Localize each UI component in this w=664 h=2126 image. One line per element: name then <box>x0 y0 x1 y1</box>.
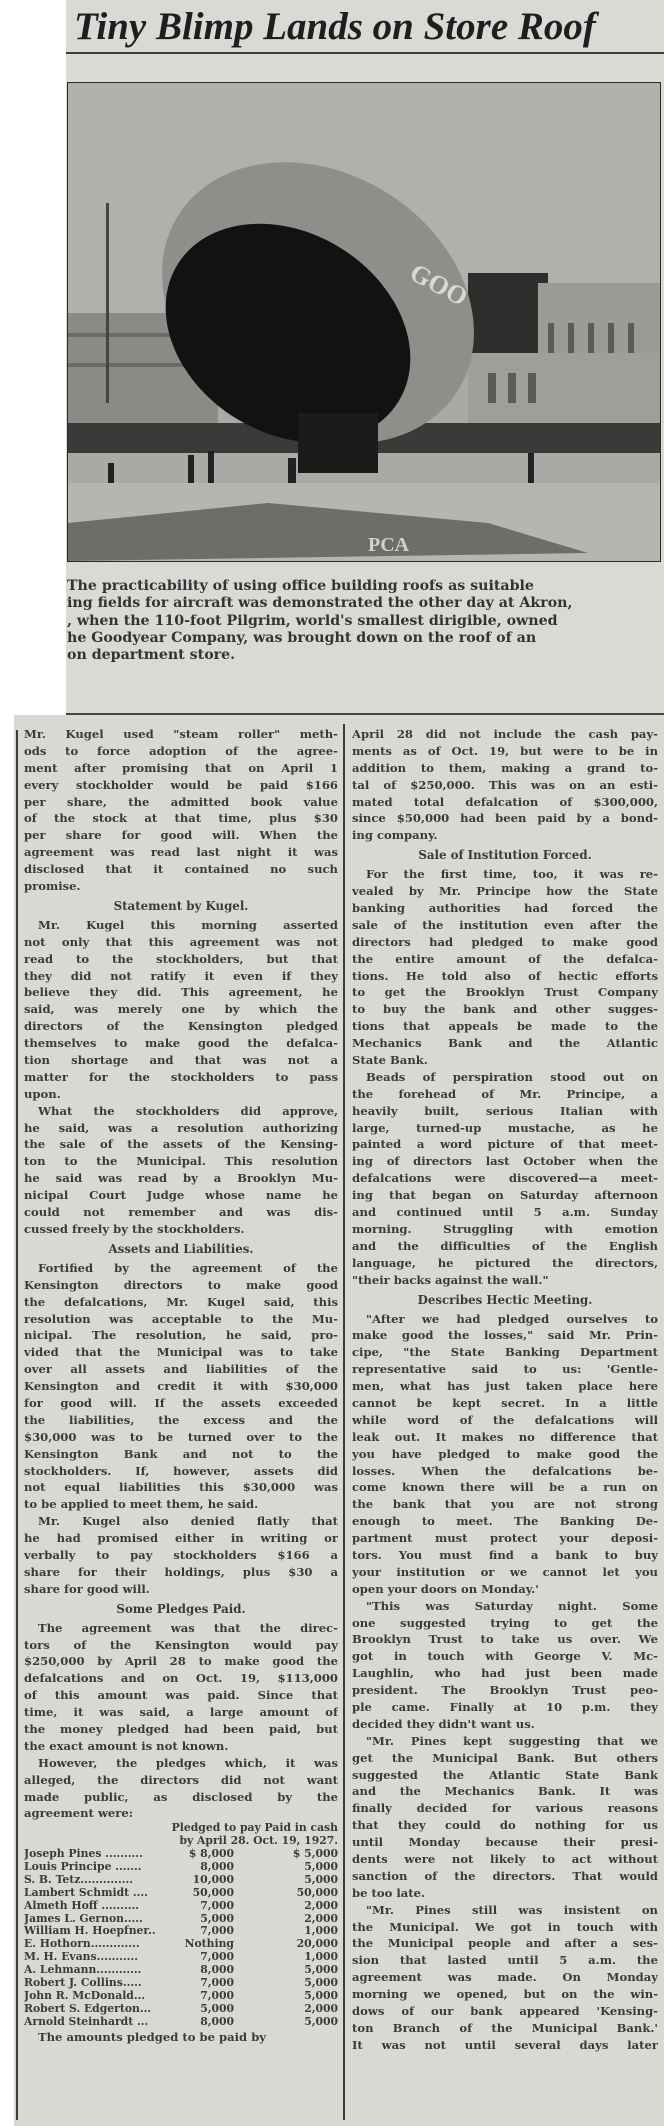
table-row: M. H. Evans...........7,0001,000 <box>24 1951 338 1964</box>
svg-text:PCA: PCA <box>368 534 410 556</box>
pledger-name: Arnold Steinhardt ... <box>24 2016 164 2029</box>
caption-line: , when the 110-foot Pilgrim, world's sma… <box>67 613 664 630</box>
text-line: read to the stockholders, but that <box>24 951 338 968</box>
text-line: Kensington directors to make good <box>24 1277 338 1294</box>
text-line: ing of directors last October when the <box>352 1153 658 1170</box>
caption-line: ing fields for aircraft was demonstrated… <box>67 595 664 612</box>
text-line: men, what has just taken place here <box>352 1378 658 1395</box>
text-line: defalcations were discovered—a meet- <box>352 1170 658 1187</box>
text-line: agreement was read last night it was <box>24 844 338 861</box>
text-line: he said, was a resolution authorizing <box>24 1120 338 1137</box>
pledges-table-body: Joseph Pines ..........$ 8,000$ 5,000Lou… <box>24 1848 338 2028</box>
text-line: "This was Saturday night. Some <box>352 1598 658 1615</box>
pledged-amount: 7,000 <box>164 1977 234 1990</box>
text-line: morning we opened, but on the win- <box>352 1986 658 2003</box>
text-line: they did not ratify it even if they <box>24 968 338 985</box>
text-line: Beads of perspiration stood out on <box>352 1069 658 1086</box>
text-line: while word of the defalcations will <box>352 1412 658 1429</box>
text-line: dents were not likely to act without <box>352 1851 658 1868</box>
text-line: Mr. Kugel this morning asserted <box>24 917 338 934</box>
table-row: John R. McDonald...7,0005,000 <box>24 1990 338 2003</box>
text-line: Fortified by the agreement of the <box>24 1260 338 1277</box>
text-line: until Monday because their presi- <box>352 1834 658 1851</box>
subheading-some-pledges-paid: Some Pledges Paid. <box>24 1600 338 1618</box>
text-line: the money pledged had been paid, but <box>24 1721 338 1738</box>
text-line: partment must protect your deposi- <box>352 1530 658 1547</box>
pledger-name: William H. Hoepfner.. <box>24 1925 164 1938</box>
text-line: the exact amount is not known. <box>24 1738 338 1755</box>
text-line: nicipal Court Judge whose name he <box>24 1187 338 1204</box>
middle-column-rule <box>343 724 345 2120</box>
text-line: directors of the Kensington pledged <box>24 1018 338 1035</box>
text-line: cipe, "the State Banking Department <box>352 1344 658 1361</box>
text-line: The amounts pledged to be paid by <box>24 2029 338 2046</box>
text-line: directors had pledged to make good <box>352 934 658 951</box>
pledger-name: A. Lehmann............ <box>24 1964 164 1977</box>
text-line: to buy the bank and other sugges- <box>352 1001 658 1018</box>
table-row: S. B. Tetz..............10,0005,000 <box>24 1874 338 1887</box>
text-line: to be applied to meet them, he said. <box>24 1496 338 1513</box>
text-line: dows of our bank appeared 'Kensing- <box>352 2003 658 2020</box>
text-line: Mr. Kugel used "steam roller" meth- <box>24 726 338 743</box>
text-line: the defalcations, Mr. Kugel said, this <box>24 1294 338 1311</box>
text-line: every stockholder would be paid $166 <box>24 777 338 794</box>
text-line: sion that lasted until 5 a.m. the <box>352 1952 658 1969</box>
text-line: suggested the Atlantic State Bank <box>352 1767 658 1784</box>
text-line: mated total defalcation of $300,000, <box>352 794 658 811</box>
text-line: per share for good will. When the <box>24 827 338 844</box>
text-line: the bank that you are not strong <box>352 1496 658 1513</box>
paid-amount: 5,000 <box>234 1977 338 1990</box>
text-line: The agreement was that the direc- <box>24 1620 338 1637</box>
text-line: promise. <box>24 878 338 895</box>
paid-amount: 5,000 <box>234 2016 338 2029</box>
text-line: said, was merely one by which the <box>24 1001 338 1018</box>
text-line: addition to them, making a grand to- <box>352 760 658 777</box>
headline: Tiny Blimp Lands on Store Roof <box>74 4 664 49</box>
text-line: leak out. It makes no difference that <box>352 1429 658 1446</box>
text-line: ple came. Finally at 10 p.m. they <box>352 1699 658 1716</box>
paid-amount: 2,000 <box>234 1900 338 1913</box>
subheading-assets-and-liabilities: Assets and Liabilities. <box>24 1240 338 1258</box>
blimp-photo: GOO PCA <box>67 82 661 562</box>
pledges-table: Pledged to pay Paid in cash by April 28.… <box>24 1822 338 2028</box>
pledger-name: Joseph Pines .......... <box>24 1848 164 1861</box>
text-line: ton to the Municipal. This resolution <box>24 1153 338 1170</box>
text-line: tions that appeals be made to the <box>352 1018 658 1035</box>
text-line: come known there will be a run on <box>352 1479 658 1496</box>
pledged-amount: 7,000 <box>164 1990 234 2003</box>
paid-amount: 2,000 <box>234 2003 338 2016</box>
pledges-table-header: by April 28. Oct. 19, 1927. <box>24 1835 338 1848</box>
text-line: make good the losses," said Mr. Prin- <box>352 1327 658 1344</box>
text-line: ing company. <box>352 827 658 844</box>
paid-amount: 5,000 <box>234 1990 338 2003</box>
text-line: be too late. <box>352 1885 658 1902</box>
text-line: It was not until several days later <box>352 2037 658 2054</box>
text-line: of this amount was paid. Since that <box>24 1687 338 1704</box>
text-line: "their backs against the wall." <box>352 1272 658 1289</box>
text-line: your institution or we cannot let you <box>352 1564 658 1581</box>
pledged-amount: 50,000 <box>164 1887 234 1900</box>
pledged-amount: 8,000 <box>164 2016 234 2029</box>
subheading-statement-by-kugel: Statement by Kugel. <box>24 897 338 915</box>
pledger-name: Robert J. Collins..... <box>24 1977 164 1990</box>
text-line: large, turned-up mustache, as he <box>352 1120 658 1137</box>
text-line: vided that the Municipal was to take <box>24 1344 338 1361</box>
text-line: "Mr. Pines kept suggesting that we <box>352 1733 658 1750</box>
caption-line: The practicability of using office build… <box>67 578 664 595</box>
text-line: finally decided for various reasons <box>352 1800 658 1817</box>
text-line: Brooklyn Trust to take us over. We <box>352 1631 658 1648</box>
pledger-name: James L. Gernon..... <box>24 1913 164 1926</box>
article-column-1: Mr. Kugel used "steam roller" meth- ods … <box>24 726 338 2045</box>
text-line: ton Branch of the Municipal Bank.' <box>352 2020 658 2037</box>
text-line: upon. <box>24 1086 338 1103</box>
pledger-name: Robert S. Edgerton... <box>24 2003 164 2016</box>
text-line: and the Mechanics Bank. It was <box>352 1783 658 1800</box>
text-line: got in touch with George V. Mc- <box>352 1648 658 1665</box>
pledged-amount: 10,000 <box>164 1874 234 1887</box>
text-line: painted a word picture of that meet- <box>352 1136 658 1153</box>
text-line: language, he pictured the directors, <box>352 1255 658 1272</box>
paid-amount: 5,000 <box>234 1861 338 1874</box>
article-column-2: April 28 did not include the cash pay- m… <box>352 726 658 2054</box>
text-line: heavily built, serious Italian with <box>352 1103 658 1120</box>
left-column-rule <box>16 730 18 2120</box>
text-line: to get the Brooklyn Trust Company <box>352 984 658 1001</box>
table-row: E. Hothorn.............Nothing20,000 <box>24 1938 338 1951</box>
text-line: losses. When the defalcations be- <box>352 1463 658 1480</box>
pledger-name: E. Hothorn............. <box>24 1938 164 1951</box>
text-line: representative said to us: 'Gentle- <box>352 1361 658 1378</box>
text-line: tors of the Kensington would pay <box>24 1637 338 1654</box>
text-line: enough to meet. The Banking De- <box>352 1513 658 1530</box>
blimp-photo-illustration: GOO PCA <box>68 83 660 561</box>
table-row: Robert S. Edgerton...5,0002,000 <box>24 2003 338 2016</box>
text-line: and continued until 5 a.m. Sunday <box>352 1204 658 1221</box>
text-line: not only that this agreement was not <box>24 934 338 951</box>
table-row: Louis Principe .......8,0005,000 <box>24 1861 338 1874</box>
text-line: made public, as disclosed by the <box>24 1789 338 1806</box>
table-row: Robert J. Collins.....7,0005,000 <box>24 1977 338 1990</box>
text-line: $30,000 was to be turned over to the <box>24 1429 338 1446</box>
text-line: defalcations and on Oct. 19, $113,000 <box>24 1670 338 1687</box>
text-line: ment after promising that on April 1 <box>24 760 338 777</box>
text-line: believe they did. This agreement, he <box>24 984 338 1001</box>
table-row: Joseph Pines ..........$ 8,000$ 5,000 <box>24 1848 338 1861</box>
text-line: ods to force adoption of the agree- <box>24 743 338 760</box>
text-line: morning. Struggling with emotion <box>352 1221 658 1238</box>
text-line: nicipal. The resolution, he said, pro- <box>24 1327 338 1344</box>
text-line: the sale of the assets of the Kensing- <box>24 1136 338 1153</box>
text-line: stockholders. If, however, assets did <box>24 1463 338 1480</box>
subheading-describes-hectic-meeting: Describes Hectic Meeting. <box>352 1291 658 1309</box>
text-line: share for their holdings, plus $30 a <box>24 1564 338 1581</box>
text-line: For the first time, too, it was re- <box>352 866 658 883</box>
text-line: you have pledged to make good the <box>352 1446 658 1463</box>
text-line: he said was read by a Brooklyn Mu- <box>24 1170 338 1187</box>
text-line: cannot be kept secret. In a little <box>352 1395 658 1412</box>
text-line: banking authorities had forced the <box>352 900 658 917</box>
text-line: State Bank. <box>352 1052 658 1069</box>
text-line: open your doors on Monday.' <box>352 1581 658 1598</box>
text-line: not equal liabilities this $30,000 was <box>24 1479 338 1496</box>
text-line: Mr. Kugel also denied flatly that <box>24 1513 338 1530</box>
text-line: the Municipal. We got in touch with <box>352 1919 658 1936</box>
text-line: alleged, the directors did not want <box>24 1772 338 1789</box>
text-line: April 28 did not include the cash pay- <box>352 726 658 743</box>
text-line: per share, the admitted book value <box>24 794 338 811</box>
text-line: share for good will. <box>24 1581 338 1598</box>
text-line: Mechanics Bank and the Atlantic <box>352 1035 658 1052</box>
text-line: Kensington Bank and not to the <box>24 1446 338 1463</box>
text-line: "Mr. Pines still was insistent on <box>352 1902 658 1919</box>
text-line: "After we had pledged ourselves to <box>352 1311 658 1328</box>
pledger-name: S. B. Tetz.............. <box>24 1874 164 1887</box>
pledger-name: Almeth Hoff .......... <box>24 1900 164 1913</box>
table-row: Arnold Steinhardt ...8,0005,000 <box>24 2016 338 2029</box>
caption-line: on department store. <box>67 647 664 664</box>
text-line: Kensington and credit it with $30,000 <box>24 1378 338 1395</box>
text-line: could not remember and was dis- <box>24 1204 338 1221</box>
caption-rule <box>66 713 664 715</box>
pledger-name: Louis Principe ....... <box>24 1861 164 1874</box>
text-line: since $50,000 had been paid by a bond- <box>352 810 658 827</box>
text-line: cussed freely by the stockholders. <box>24 1221 338 1238</box>
text-line: resolution was acceptable to the Mu- <box>24 1311 338 1328</box>
table-row: Almeth Hoff ..........7,0002,000 <box>24 1900 338 1913</box>
text-line: over all assets and liabilities of the <box>24 1361 338 1378</box>
paid-amount: 5,000 <box>234 1874 338 1887</box>
pledger-name: M. H. Evans........... <box>24 1951 164 1964</box>
text-line: one suggested trying to get the <box>352 1615 658 1632</box>
pledger-name: John R. McDonald... <box>24 1990 164 2003</box>
text-line: time, it was said, a large amount of <box>24 1704 338 1721</box>
table-row: William H. Hoepfner..7,0001,000 <box>24 1925 338 1938</box>
text-line: What the stockholders did approve, <box>24 1103 338 1120</box>
text-line: ing that began on Saturday afternoon <box>352 1187 658 1204</box>
text-line: agreement was made. On Monday <box>352 1969 658 1986</box>
text-line: sanction of the directors. That would <box>352 1868 658 1885</box>
table-row: Lambert Schmidt ....50,00050,000 <box>24 1887 338 1900</box>
text-line: of the stock at that time, plus $30 <box>24 810 338 827</box>
pledged-amount: 8,000 <box>164 1861 234 1874</box>
table-row: A. Lehmann............8,0005,000 <box>24 1964 338 1977</box>
pledged-amount: 7,000 <box>164 1900 234 1913</box>
text-line: get the Municipal Bank. But others <box>352 1750 658 1767</box>
text-line: $250,000 by April 28 to make good the <box>24 1653 338 1670</box>
text-line: the Municipal people and after a ses- <box>352 1935 658 1952</box>
text-line: vealed by Mr. Principe how the State <box>352 883 658 900</box>
text-line: tion shortage and that was not a <box>24 1052 338 1069</box>
table-row: James L. Gernon.....5,0002,000 <box>24 1913 338 1926</box>
text-line: themselves to make good the defalca- <box>24 1035 338 1052</box>
text-line: tions. He told also of hectic efforts <box>352 968 658 985</box>
text-line: the entire amount of the defalca- <box>352 951 658 968</box>
text-line: Laughlin, who had just been made <box>352 1665 658 1682</box>
text-line: decided they didn't want us. <box>352 1716 658 1733</box>
text-line: sale of the institution even after the <box>352 917 658 934</box>
caption-line: he Goodyear Company, was brought down on… <box>67 630 664 647</box>
text-line: matter for the stockholders to pass <box>24 1069 338 1086</box>
text-line: the forehead of Mr. Principe, a <box>352 1086 658 1103</box>
text-line: disclosed that it contained no such <box>24 861 338 878</box>
text-line: that they could do nothing for us <box>352 1817 658 1834</box>
text-line: However, the pledges which, it was <box>24 1755 338 1772</box>
text-line: for good will. If the assets exceeded <box>24 1395 338 1412</box>
paid-amount: 50,000 <box>234 1887 338 1900</box>
pledged-amount: 5,000 <box>164 2003 234 2016</box>
headline-rule <box>66 52 664 54</box>
text-line: agreement were: <box>24 1805 338 1822</box>
subheading-sale-of-institution-forced: Sale of Institution Forced. <box>352 846 658 864</box>
photo-caption: The practicability of using office build… <box>67 578 664 664</box>
text-line: he had promised either in writing or <box>24 1530 338 1547</box>
text-line: the liabilities, the excess and the <box>24 1412 338 1429</box>
text-line: president. The Brooklyn Trust peo- <box>352 1682 658 1699</box>
pledger-name: Lambert Schmidt .... <box>24 1887 164 1900</box>
text-line: tors. You must find a bank to buy <box>352 1547 658 1564</box>
text-line: and the difficulties of the English <box>352 1238 658 1255</box>
text-line: tal of $250,000. This was on an esti- <box>352 777 658 794</box>
text-line: ments as of Oct. 19, but were to be in <box>352 743 658 760</box>
text-line: verbally to pay stockholders $166 a <box>24 1547 338 1564</box>
